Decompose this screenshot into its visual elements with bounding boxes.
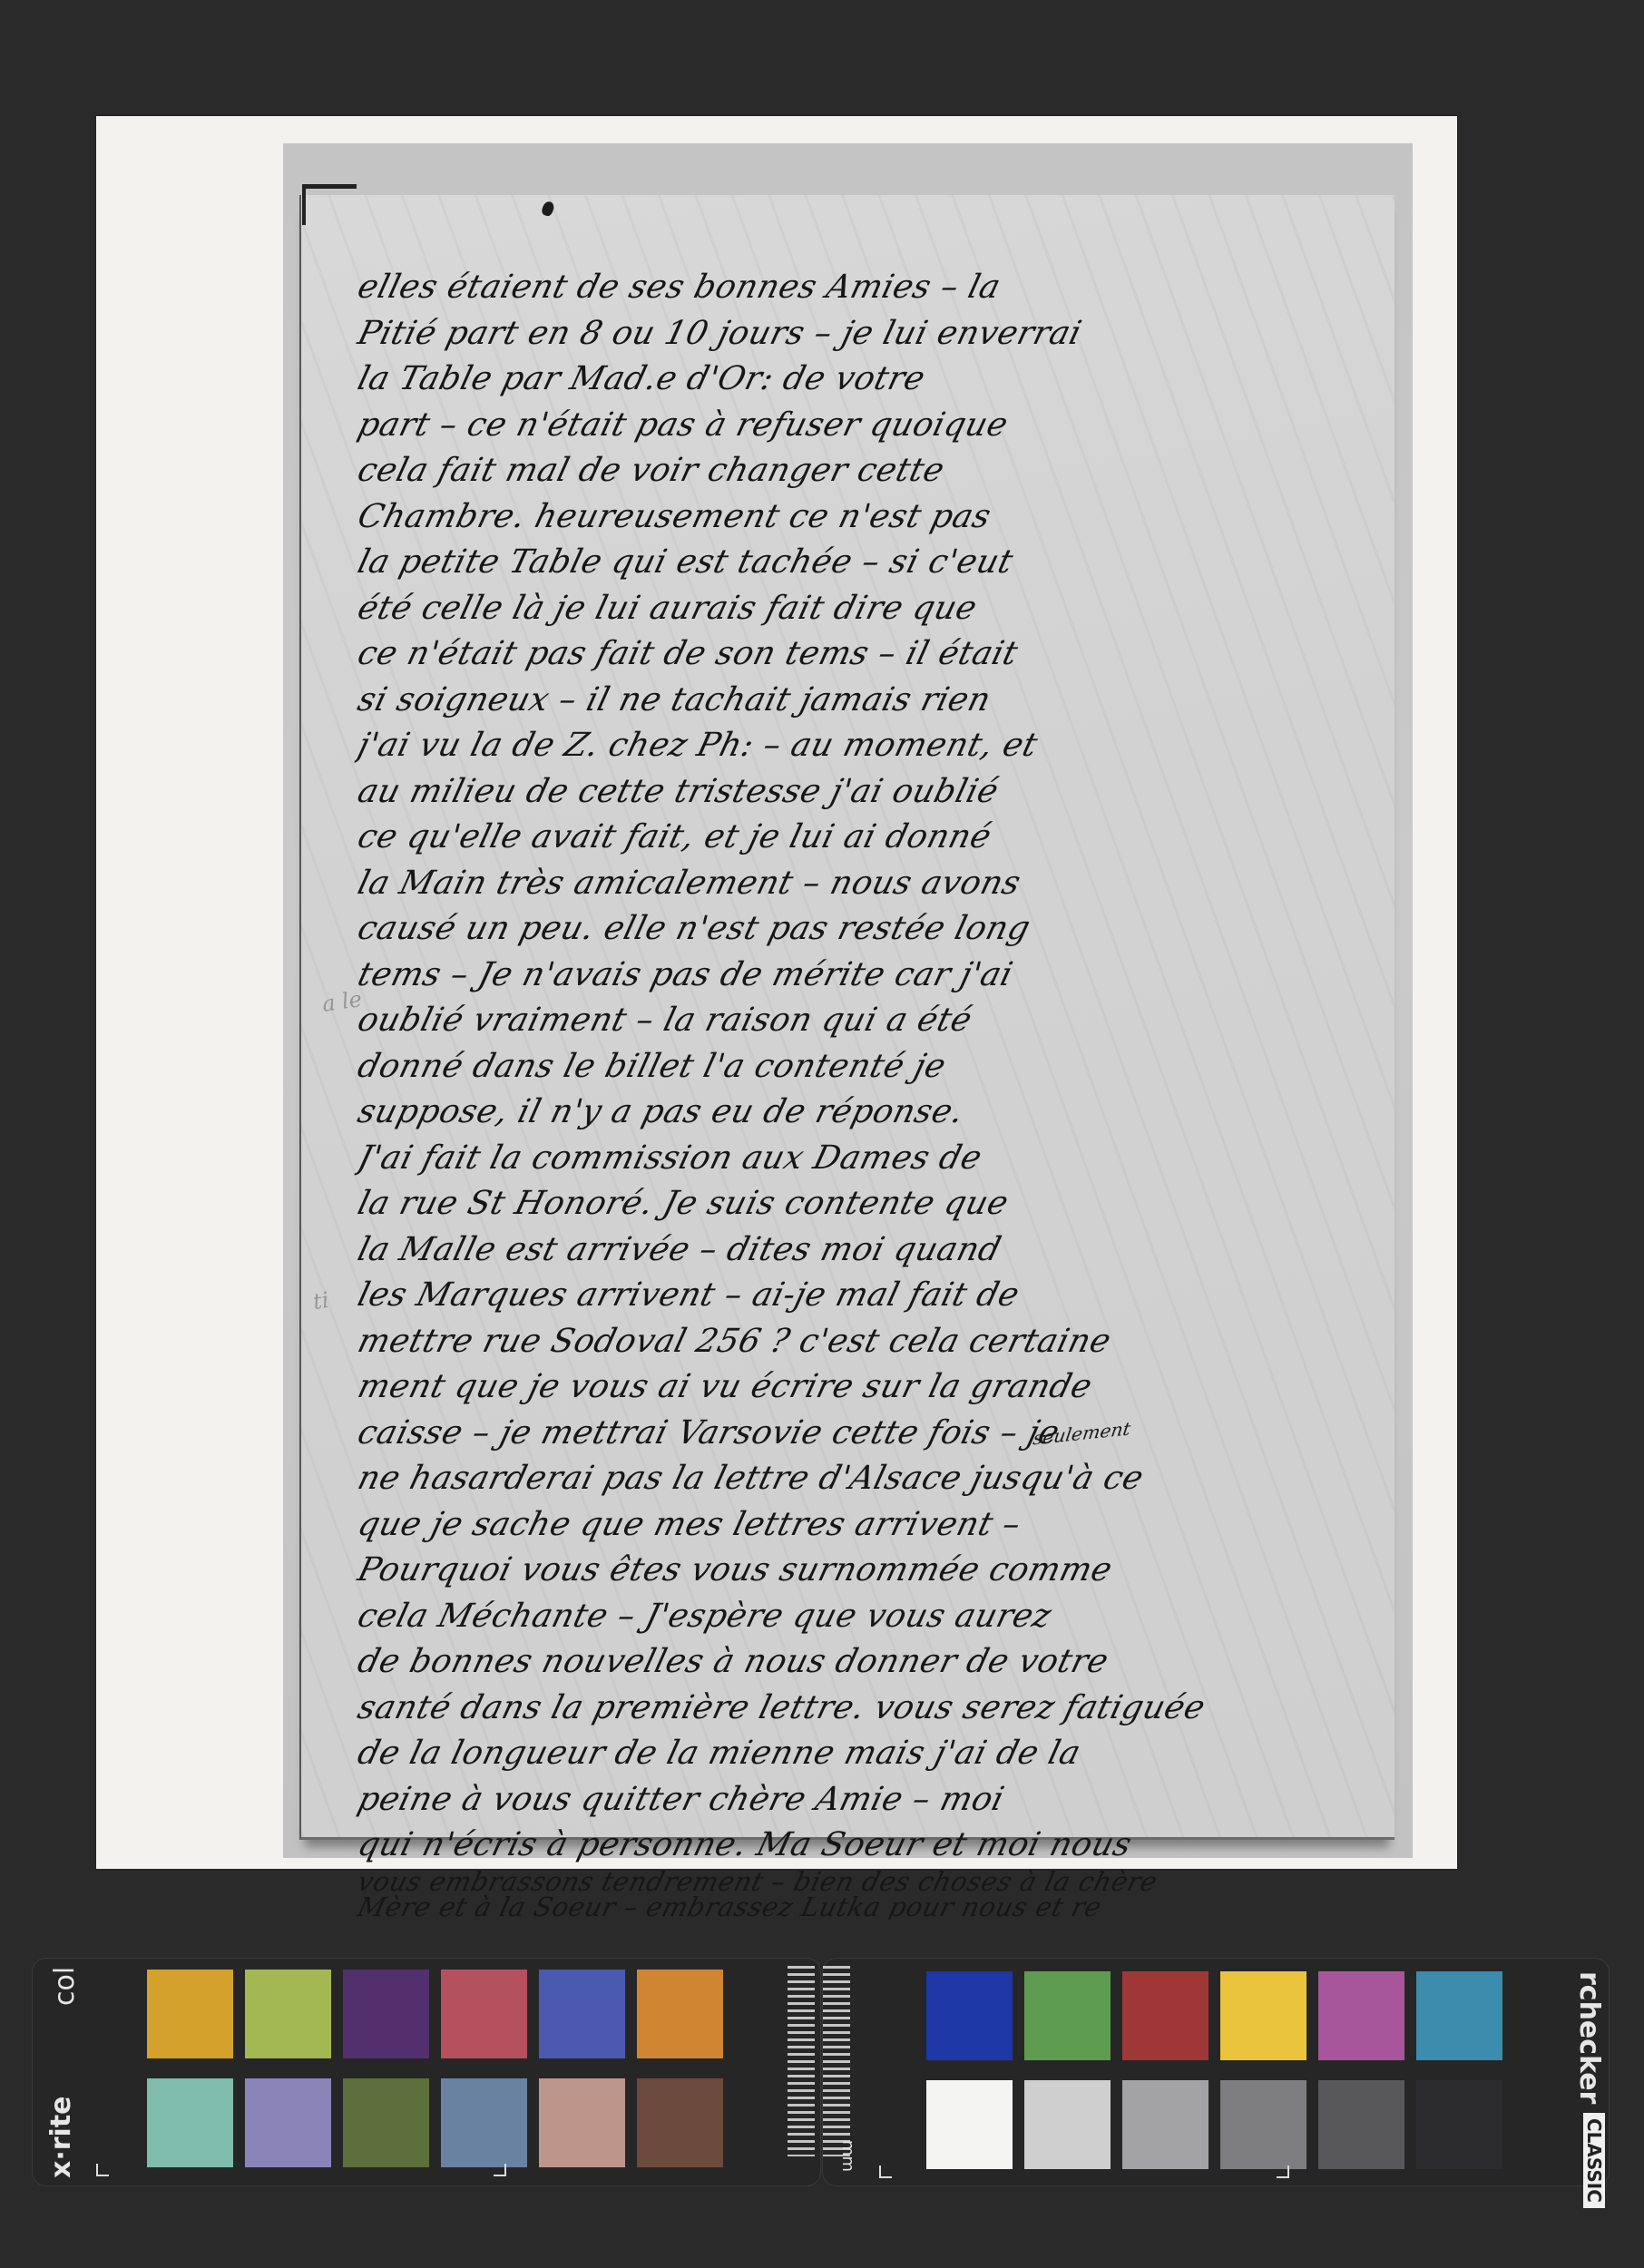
bleed-through-text: ti (311, 1287, 330, 1315)
letter-line: j'ai vu la de Z. chez Ph: – au moment, e… (353, 723, 1408, 769)
letter-line: que je sache que mes lettres arrivent – (353, 1502, 1408, 1549)
letter-line: mettre rue Sodoval 256 ? c'est cela cert… (353, 1319, 1408, 1365)
letter-line: ce n'était pas fait de son tems – il éta… (353, 631, 1408, 678)
mm-ruler (823, 1966, 850, 2156)
color-patch (1220, 1971, 1306, 2060)
letter-line: santé dans la première lettre. vous sere… (353, 1686, 1408, 1732)
color-patch (343, 2078, 429, 2167)
letter-line: au milieu de cette tristesse j'ai oublié (353, 769, 1408, 816)
folded-corner-mark (302, 184, 357, 225)
letter-line: la Table par Mad.e d'Or: de votre (353, 357, 1408, 403)
color-patch (539, 2078, 625, 2167)
color-patch (245, 2078, 331, 2167)
color-patch (441, 1970, 527, 2058)
brand-logo: x·rite (45, 2096, 77, 2178)
letter-text: elles étaient de ses bonnes Amies – la P… (358, 265, 1402, 1920)
letter-line: la Main très amicalement – nous avons (353, 861, 1408, 907)
color-patch (637, 1970, 723, 2058)
letter-closing-line: Mère et à la Soeur – embrassez Lutka pou… (356, 1894, 1405, 1920)
letter-line: qui n'écris à personne. Ma Soeur et moi … (353, 1823, 1408, 1869)
letter-line: J'ai fait la commission aux Dames de (353, 1136, 1408, 1182)
letter-line: les Marques arrivent – ai-je mal fait de (353, 1273, 1408, 1319)
letter-line: Pitié part en 8 ou 10 jours – je lui env… (353, 311, 1408, 357)
color-patch (637, 2078, 723, 2167)
crop-mark (494, 2164, 506, 2176)
letter-line: caisse – je mettrai Varsovie cette fois … (353, 1411, 1408, 1457)
color-patch (1318, 1971, 1404, 2060)
color-patch (147, 1970, 233, 2058)
crop-mark (96, 2164, 109, 2176)
letter-line: tems – Je n'avais pas de mérite car j'ai (353, 953, 1408, 999)
letter-line: elles étaient de ses bonnes Amies – la (353, 265, 1408, 311)
gray-patch (1318, 2080, 1404, 2169)
letter-line: été celle là je lui aurais fait dire que (353, 586, 1408, 632)
gray-patch (926, 2080, 1013, 2169)
color-patch (539, 1970, 625, 2058)
letter-line: la Malle est arrivée – dites moi quand (353, 1227, 1408, 1274)
letter-line: oublié vraiment – la raison qui a été (353, 998, 1408, 1044)
letter-line: de bonnes nouvelles à nous donner de vot… (353, 1639, 1408, 1686)
color-patch (1416, 1971, 1502, 2060)
letter-line: peine à vous quitter chère Amie – moi (353, 1777, 1408, 1823)
letter-line: ce qu'elle avait fait, et je lui ai donn… (353, 815, 1408, 861)
product-label: rchecker (1573, 1971, 1605, 2104)
crop-mark (1277, 2165, 1289, 2178)
letter-line: de la longueur de la mienne mais j'ai de… (353, 1731, 1408, 1777)
letter-line: si soigneux – il ne tachait jamais rien (353, 678, 1408, 724)
product-label: col (49, 1967, 81, 2006)
color-patch (1024, 1971, 1111, 2060)
ruler-unit-label: mm (838, 2140, 857, 2172)
classic-badge: CLASSIC (1583, 2113, 1605, 2208)
letter-line: Pourquoi vous êtes vous surnommée comme (353, 1548, 1408, 1594)
color-patch (245, 1970, 331, 2058)
letter-line: cela Méchante – J'espère que vous aurez (353, 1594, 1408, 1640)
letter-line: la rue St Honoré. Je suis contente que (353, 1181, 1408, 1227)
color-checker-card-left: col x·rite (32, 1958, 821, 2186)
letter-line: donné dans le billet l'a contenté je (353, 1044, 1408, 1090)
gray-patch (1416, 2080, 1502, 2169)
color-patch (147, 2078, 233, 2167)
gray-patch (1122, 2080, 1209, 2169)
color-patch (343, 1970, 429, 2058)
letter-line: la petite Table qui est tachée – si c'eu… (353, 540, 1408, 586)
letter-line: ment que je vous ai vu écrire sur la gra… (353, 1364, 1408, 1411)
letter-line: Chambre. heureusement ce n'est pas (353, 494, 1408, 541)
letter-line: suppose, il n'y a pas eu de réponse. (353, 1090, 1408, 1136)
gray-patch (1024, 2080, 1111, 2169)
letter-line: cela fait mal de voir changer cette (353, 448, 1408, 494)
letter-line: ne hasarderai pas la lettre d'Alsace jus… (353, 1456, 1408, 1502)
crop-mark (879, 2165, 892, 2178)
letter-closing-line: vous embrassons tendrement – bien des ch… (356, 1869, 1405, 1894)
mm-ruler (788, 1966, 815, 2156)
color-patch (926, 1971, 1013, 2060)
color-checker-card-right: mm rchecker CLASSIC (822, 1958, 1610, 2186)
letter-line: causé un peu. elle n'est pas restée long (353, 906, 1408, 953)
color-patch (441, 2078, 527, 2167)
gray-patch (1220, 2080, 1306, 2169)
letter-line: part – ce n'était pas à refuser quoique (353, 403, 1408, 449)
color-patch (1122, 1971, 1209, 2060)
